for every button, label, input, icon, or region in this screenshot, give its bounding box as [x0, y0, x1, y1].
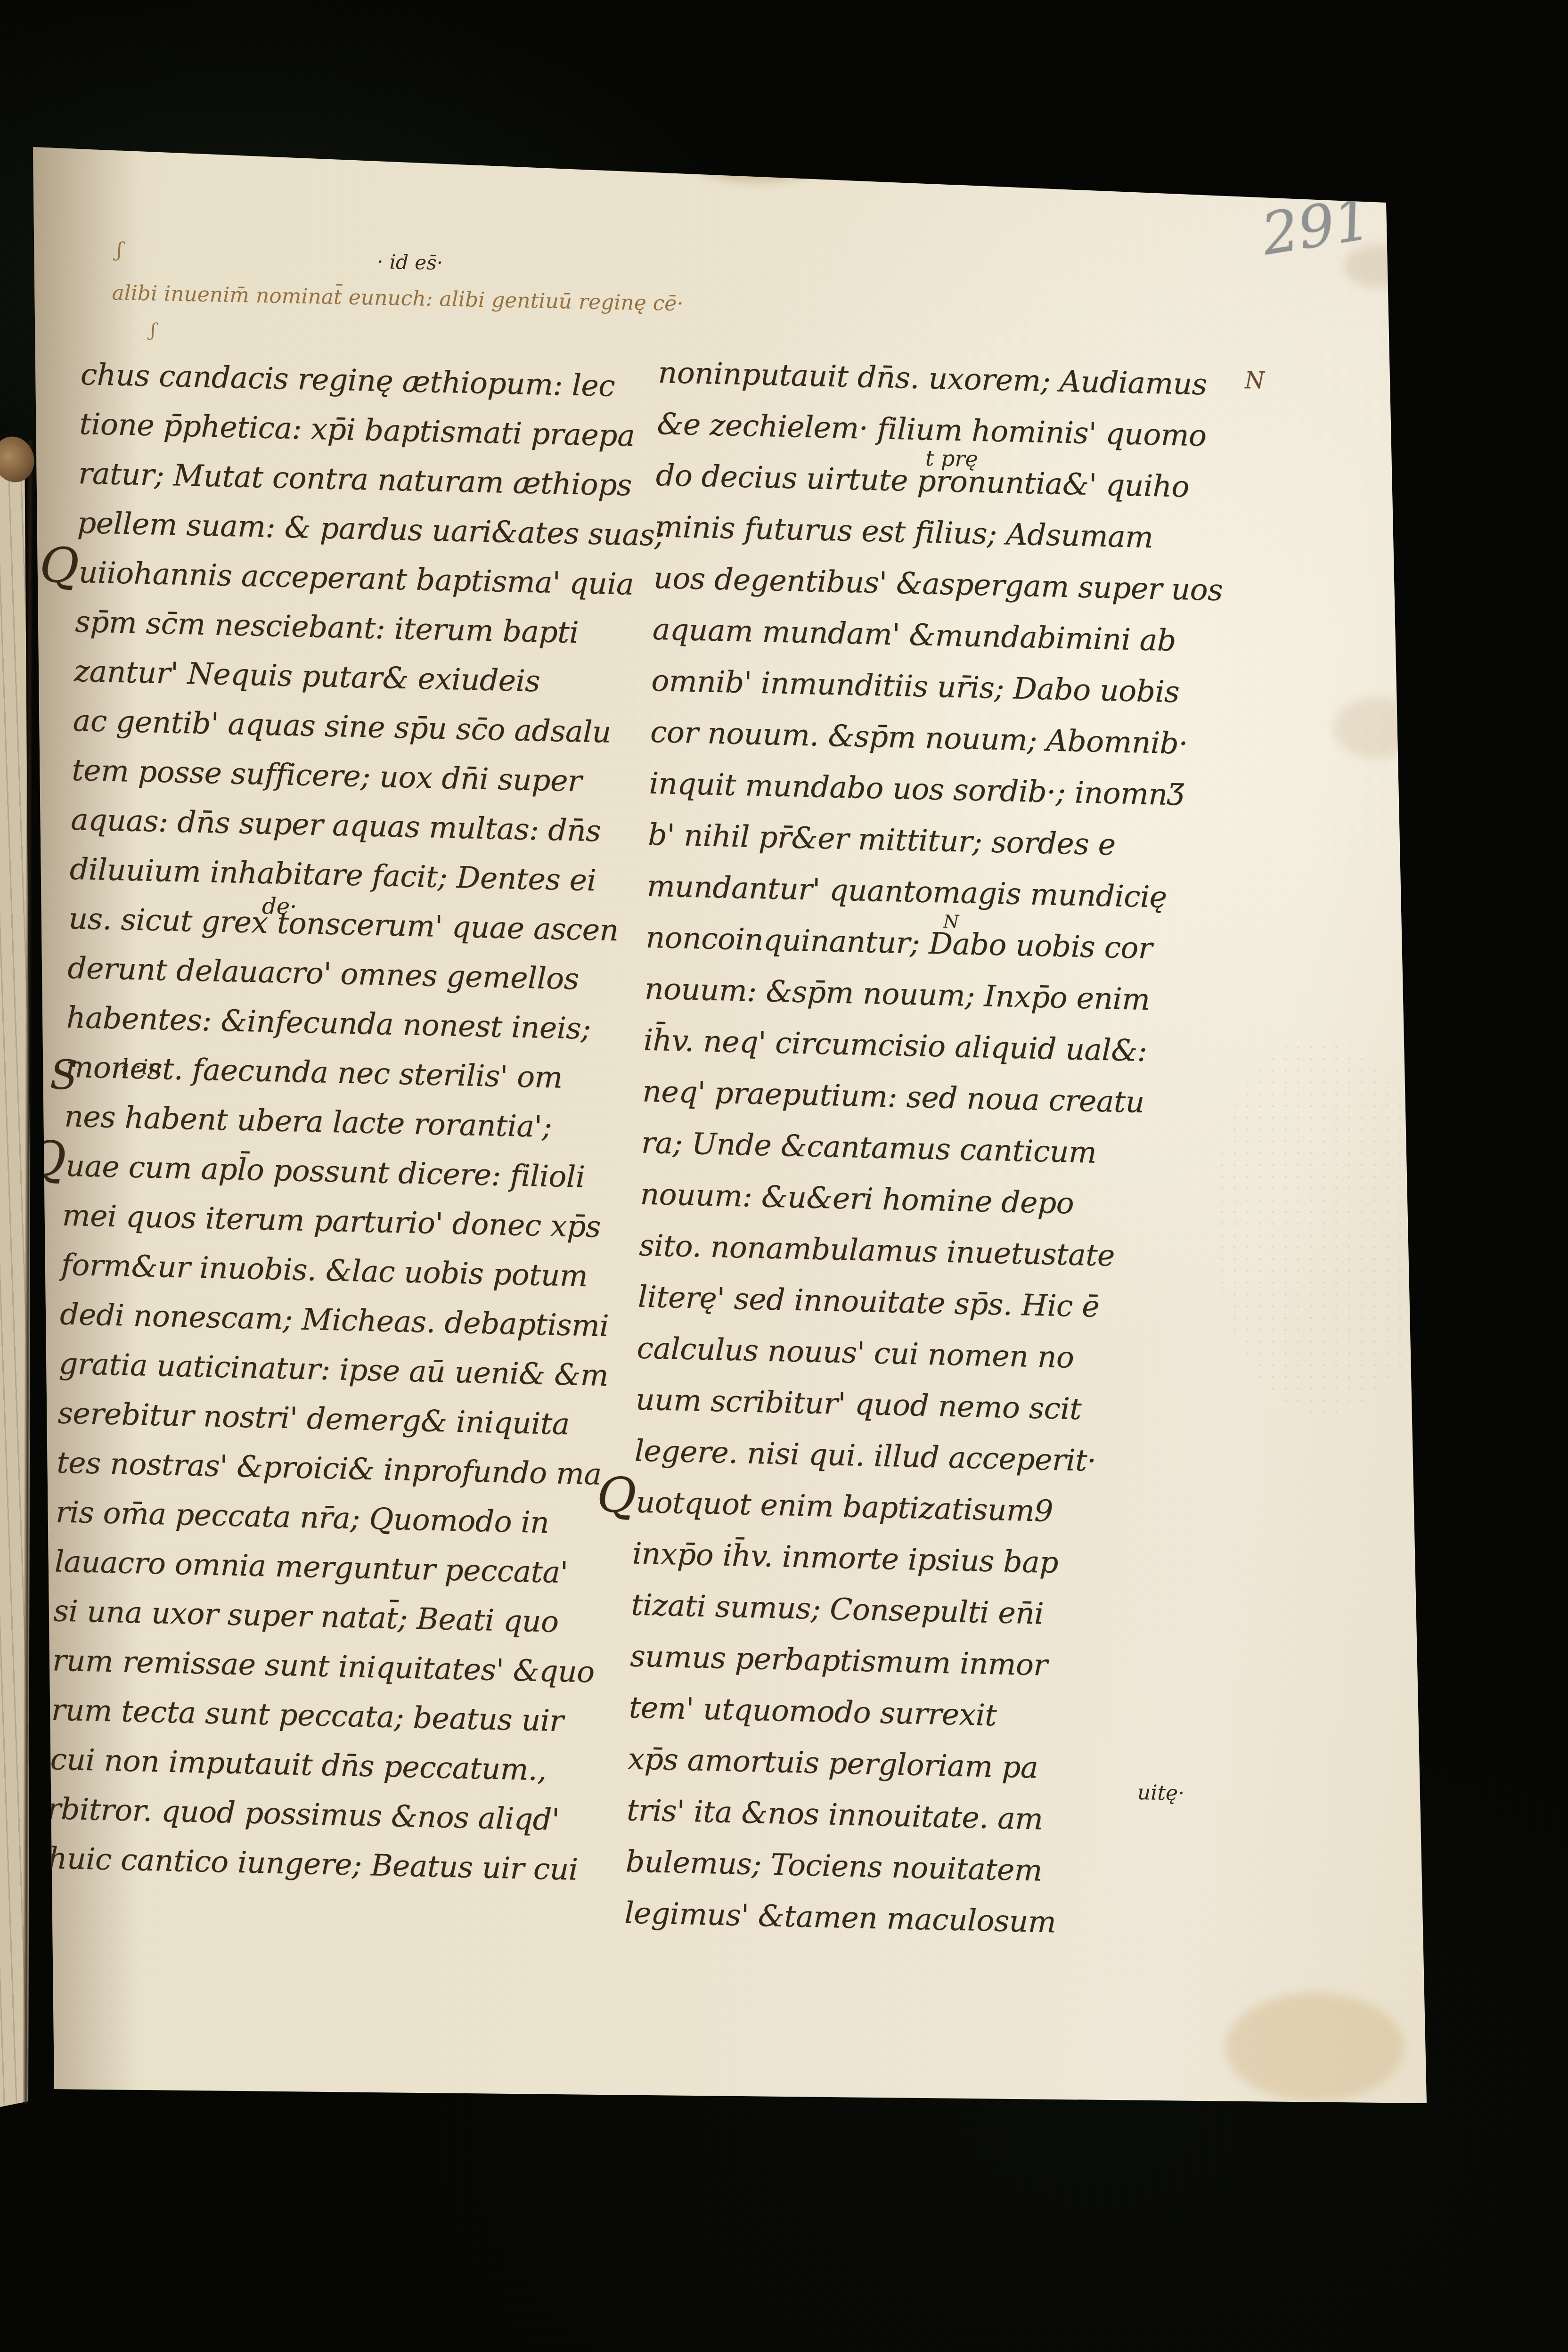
parchment-follicle-texture [1216, 1041, 1437, 1413]
parchment-stain [1225, 1993, 1404, 2101]
parchment-stain [438, 2153, 641, 2233]
parchment-stain [693, 138, 825, 182]
page: 291 ʹ ʹ N alibi inuenim̄ nominat̄ eunuch… [0, 0, 1568, 2352]
spine-endband [0, 431, 40, 488]
interlinear-gloss: ʃ [117, 238, 122, 261]
interlinear-gloss: ł ·in [122, 1055, 162, 1080]
interlinear-gloss: de· [261, 893, 297, 920]
interlinear-gloss: uitę· [1137, 1780, 1185, 1805]
header-interlinear-gloss: alibi inuenim̄ nominat̄ eunuch: alibi ge… [112, 281, 684, 316]
folio-number: 291 [1258, 190, 1375, 264]
column-right: noninputauit dn̄s. uxorem; Audiamus&e ze… [624, 347, 1257, 1952]
interlinear-gloss: N [943, 911, 959, 932]
manuscript-photo-stage: 291 ʹ ʹ N alibi inuenim̄ nominat̄ eunuch… [0, 0, 1568, 2352]
parchment-stain [1333, 697, 1418, 759]
interlinear-gloss: · id es̄· [377, 250, 443, 275]
interlinear-gloss: t prę [925, 445, 978, 472]
column-left: chus candacis reginę æthiopum: lectione … [48, 350, 635, 1895]
interlinear-gloss: S [49, 1051, 78, 1099]
interlinear-gloss: ʃ [151, 319, 156, 340]
